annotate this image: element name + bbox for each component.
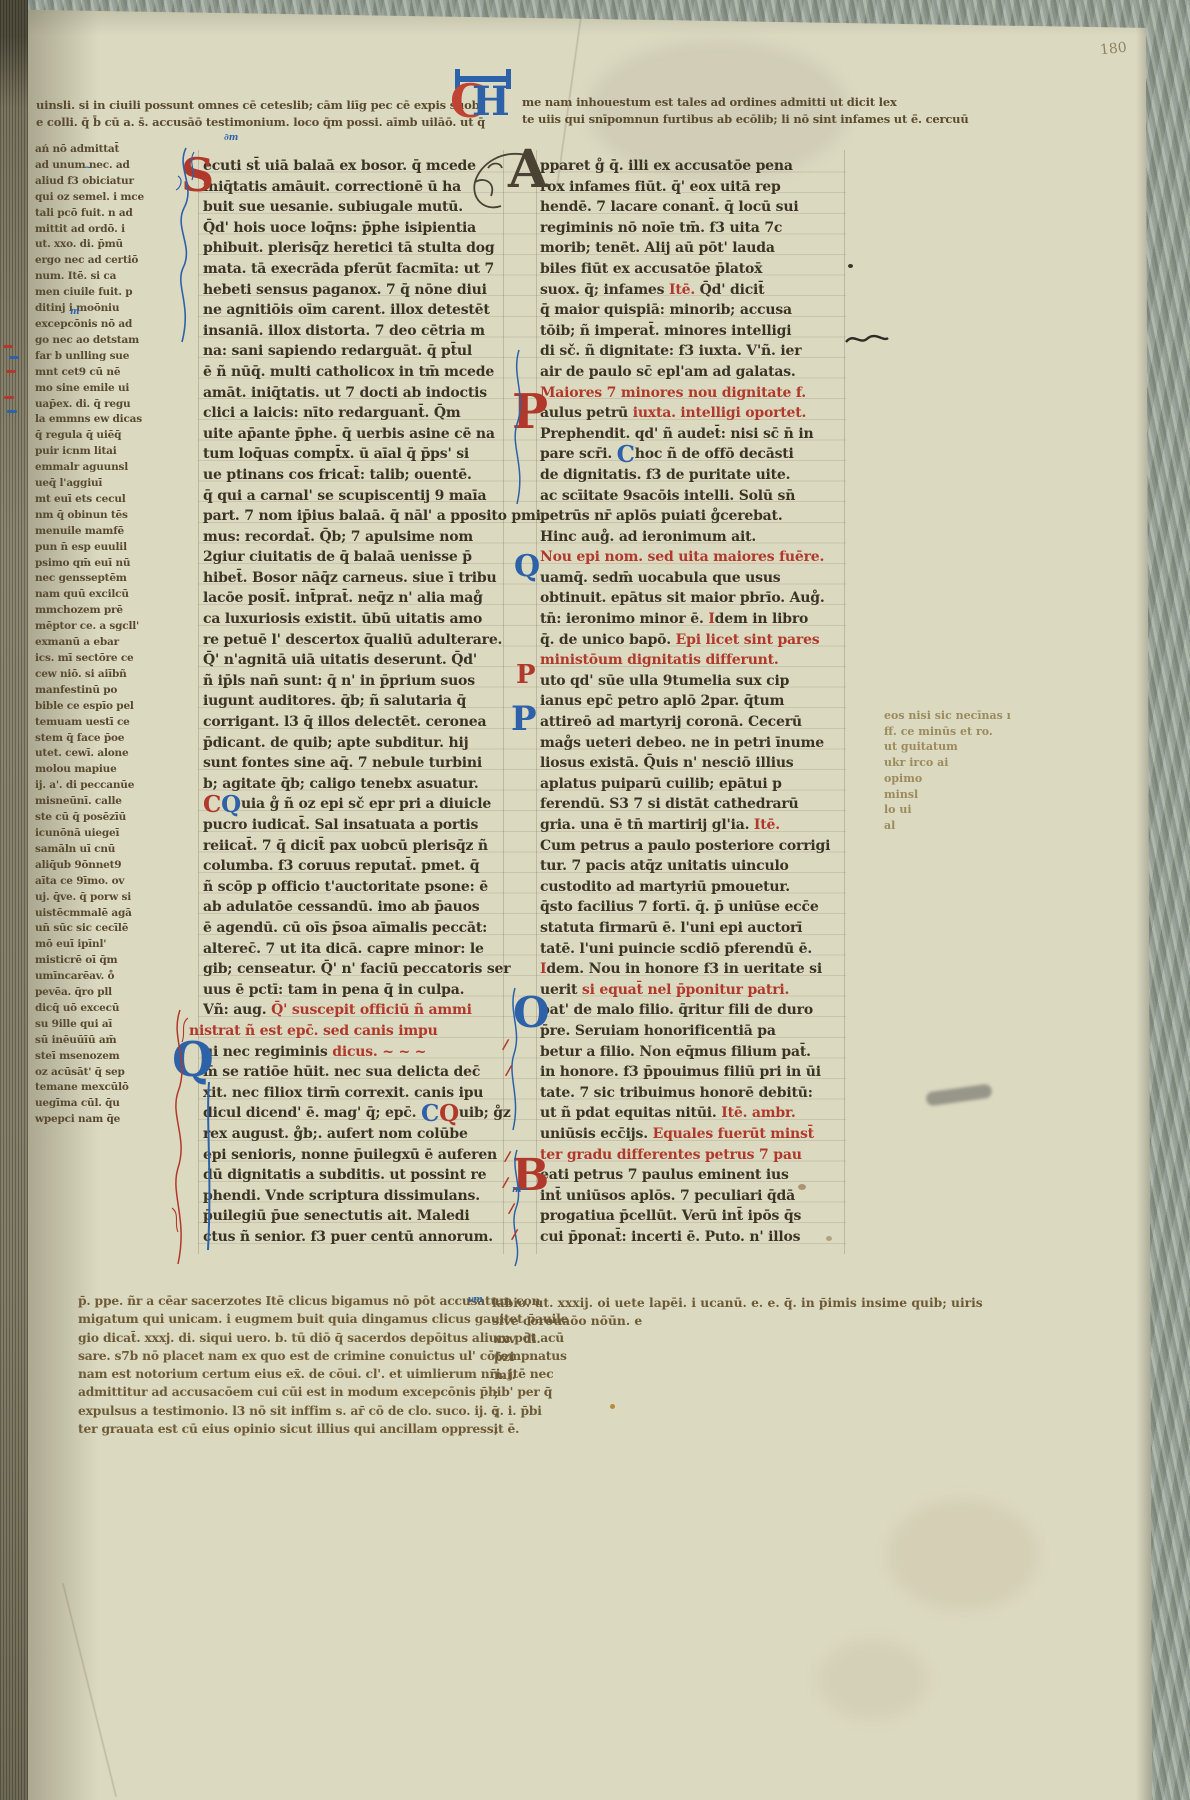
blue-pen-mark: vm	[468, 1296, 483, 1305]
top-addition-line2-left: e colli. q̄ b̄ cū a. s̄. accusāō testimo…	[36, 114, 485, 131]
text-line: tn̄: ieronimo minor ē. Idem in libro	[540, 609, 830, 630]
text-line: pucro iudicat̄. Sal insatuata a portis	[203, 815, 541, 836]
text-line: Q̄' n'agnitā uiā uitatis deserunt. Q̄d'	[203, 650, 541, 671]
text-line: lacōe posit̄. int̄prat̄. neq̄z n' alia m…	[203, 588, 541, 609]
text-line: icunōnā uiegeī	[35, 826, 144, 842]
text-line: b; agitate q̄b; caligo tenebx asuatur.	[203, 774, 541, 795]
left-margin-gloss: ań nō admittat̄ad unum nec. adaliud f3 o…	[35, 142, 144, 1128]
text-line: ctus ñ senior. f3 puer centū annorum.	[203, 1227, 541, 1248]
text-line: aliud f3 obiciatur	[35, 174, 144, 190]
text-line: CQuia g̊ ñ oz epi sč epr pri a diuicle	[203, 794, 541, 815]
text-line: al	[884, 818, 1011, 834]
text-line: minsl	[884, 787, 1011, 803]
rust-dot	[610, 1404, 615, 1409]
text-line: ics. mī sectōre ce	[35, 651, 144, 667]
text-line: suox. q̄; infames Itē. Q̄d' dicit̄	[540, 280, 830, 301]
text-line: pparet g̊ q̄. illi ex accusatōe pena	[540, 156, 830, 177]
text-line: aīta ce 9īmo. ov	[35, 874, 144, 890]
text-line: nec gensseptēm	[35, 571, 144, 587]
text-line: Cum petrus a paulo posteriore corrigi	[540, 836, 830, 857]
text-line: gria. una ē tn̄ martirij gl'ia. Itē.	[540, 815, 830, 836]
top-edge-shadow	[28, 0, 1152, 36]
text-line: mēptor ce. a sgcll'	[35, 619, 144, 635]
text-line: p̄zi	[494, 1348, 541, 1366]
text-line: go nec ao detstam	[35, 333, 144, 349]
text-line: qui oz semel. i mce	[35, 190, 144, 206]
text-line: q̄ maior quispiā: minorib; accusa	[540, 300, 830, 321]
text-line: ueq̄ l'aggiuī	[35, 476, 144, 492]
text-line: q̄ qui a carnal' se scupiscentij 9 maīa	[203, 486, 541, 507]
edge-mark-red	[4, 396, 14, 399]
text-line: aplatus puiparū cuilib; epātui p	[540, 774, 830, 795]
text-line: mag̊s ueteri debeo. ne in petri īnume	[540, 733, 830, 754]
text-line: insaniā. illox distorta. 7 deo cētria m	[203, 321, 541, 342]
text-line: hebeti sensus paganox. 7 q̄ nōne diui	[203, 280, 541, 301]
text-line: ab adulatōe cessandū. imo ab p̄auos	[203, 897, 541, 918]
text-line: ut. xxo. di. p̄mū	[35, 237, 144, 253]
text-line: ste cū q̄ posēzīū	[35, 810, 144, 826]
text-line: air de paulo sc̄ epl'am ad galatas.	[540, 362, 830, 383]
text-line: ij. a'. di peccanūe	[35, 778, 144, 794]
manuscript-page: 180 uinsli. si in ciuili possunt omnes c…	[28, 0, 1152, 1800]
text-line: ut ñ pdat equitas nitūi. Itē. ambr.	[540, 1103, 830, 1124]
text-line: uniūsis ecc̄ijs. Equales fuerūt minst̄	[540, 1124, 830, 1145]
text-line: dū dignitatis a subditis. ut possint re	[203, 1165, 541, 1186]
text-line: phendi. Vnde scriptura dissimulans.	[203, 1186, 541, 1207]
text-line: ukr irco ai	[884, 755, 1011, 771]
text-line: pat' de malo filio. q̄ritur fili de duro	[540, 1000, 830, 1021]
text-line: tali pcō fuit. n ad	[35, 206, 144, 222]
text-line: mt euī ets cecul	[35, 492, 144, 508]
ink-dot-stain	[848, 264, 853, 268]
filigree-red-left-bottom	[164, 1008, 198, 1268]
bottom-side-line1: labio. ut. xxxij. oi uete lapēi. i ucanū…	[492, 1294, 983, 1312]
text-line: regiminis nō noīe tm̄. f3 uita 7c	[540, 218, 830, 239]
text-line: q̄ regula q̄ uiēq̄	[35, 428, 144, 444]
text-line: aliq̄ub 9ōnnet9	[35, 858, 144, 874]
text-line: xit. nec filiox tirm̄ correxit. canis ip…	[203, 1083, 541, 1104]
text-line: men ciuile fuit. p	[35, 285, 144, 301]
text-line: custodito ad martyriū pmouetur.	[540, 877, 830, 898]
text-line: hendē. 7 lacare conant̄. q̄ locū sui	[540, 197, 830, 218]
text-line: mo sine emile ui	[35, 381, 144, 397]
text-line: utet. cewī. alone	[35, 746, 144, 762]
text-line: un̄ sūc sic cecīlē	[35, 921, 144, 937]
text-line: uamq̄. sedm̄ uocabula que usus	[540, 568, 830, 589]
text-line: wpepci nam q̄e	[35, 1112, 144, 1128]
ch-monogram: C H	[450, 62, 522, 142]
text-line: petrūs nr̄ aplōs puiati g̊cerebat.	[540, 506, 830, 527]
brown-spot	[798, 1184, 806, 1190]
text-line: dicq̄ uō excecū	[35, 1001, 144, 1017]
text-line: na: sani sapiendo redarguāt. q̄ pt̄ul	[203, 341, 541, 362]
text-line: nam quū excilcū	[35, 587, 144, 603]
text-line: mnt cet9 cū nē	[35, 365, 144, 381]
text-line: p̄uilegiū p̄ue senectutis ait. Maledi	[203, 1206, 541, 1227]
photo-stage: 180 uinsli. si in ciuili possunt omnes c…	[0, 0, 1190, 1800]
text-line: nistrat ñ est epc̄. sed canis impu	[189, 1021, 541, 1042]
filigree-blue-initial-o	[502, 986, 528, 1132]
text-line: gib; censeatur. Q̄' n' faciū peccatoris …	[203, 959, 541, 980]
main-text-right-column: pparet g̊ q̄. illi ex accusatōe penarox …	[540, 156, 830, 1247]
book-spine-edge	[0, 0, 28, 1800]
text-line: la emmns ew dicas	[35, 412, 144, 428]
page-edge-shadow	[1136, 0, 1152, 1800]
text-line: mi.	[494, 1366, 541, 1384]
text-line: 2giur ciuitatis de q̄ balaā uenisse p̄	[203, 547, 541, 568]
text-line: misneūnī. calle	[35, 794, 144, 810]
text-line: ergo nec ad certiō	[35, 253, 144, 269]
text-line: columba. f3 coruus reputat̄. pmet. q̄	[203, 856, 541, 877]
main-text-left-column: ecuti st̄ uiā balaā ex bosor. q̄ mcedein…	[203, 156, 541, 1247]
text-line: samāln uī cnū	[35, 842, 144, 858]
text-line: puir icnm litai	[35, 444, 144, 460]
right-margin-gloss: eos nisi sic necīnas ıff. ce minūs et ro…	[884, 708, 1011, 834]
text-line: uegīma cūl. q̄u	[35, 1096, 144, 1112]
text-line: sunt fontes sine aq̄. 7 nebule turbini	[203, 753, 541, 774]
blue-pen-mark: ∂m	[224, 134, 238, 143]
text-line: progatiua p̄cellūt. Verū int̄ ipōs q̄s	[540, 1206, 830, 1227]
text-line: q̄sto facilius 7 fortī. q̄. p̄ uniūse ec…	[540, 897, 830, 918]
folio-number: 180	[1099, 41, 1127, 58]
top-addition-line1-right: me nam inhouestum est tales ad ordines a…	[522, 94, 897, 111]
text-line: far b unlling sue	[35, 349, 144, 365]
decorated-initial-p: P	[516, 662, 536, 688]
gray-smudge	[925, 1083, 992, 1106]
blue-pen-mark: m~	[512, 1186, 529, 1195]
edge-mark-blue	[9, 356, 19, 359]
text-line: cew niō. si aiībñ	[35, 667, 144, 683]
filigree-blue-initial-b	[504, 1148, 530, 1268]
text-line: ut guitatum	[884, 739, 1011, 755]
text-line: q̄. de unico bapō. Epi licet sint pares	[540, 630, 830, 651]
text-line: ñ scōp p officio t'auctoritate psone: ē	[203, 877, 541, 898]
text-line: pun n̄ esp euulil	[35, 540, 144, 556]
text-line: ca luxuriosis existit. ūbū uitatis amo	[203, 609, 541, 630]
filigree-blue-left-top	[168, 146, 202, 346]
text-line: molou mapiue	[35, 762, 144, 778]
text-line: nm q̄ obinun tēs	[35, 508, 144, 524]
text-line: ditinj i moōniu	[35, 301, 144, 317]
text-line: betur a filio. Non eq̄mus filium pat̄.	[540, 1042, 830, 1063]
text-line: ac scīitate 9sacōis intelli. Solū sn̄	[540, 486, 830, 507]
text-line: excepcōnis nō ad	[35, 317, 144, 333]
text-line: ñ ip̄ls nan̄ sunt: q̄ n' in p̄prium suos	[203, 671, 541, 692]
text-line: eati petrus 7 paulus eminent ius	[540, 1165, 830, 1186]
text-line: alterec̄. 7 ut ita dicā. capre minor: le	[203, 939, 541, 960]
text-line: ministōum dignitatis differunt.	[540, 650, 830, 671]
blue-pen-mark: m	[70, 308, 80, 317]
text-line: clici a laicis: nīto redarguant̄. Q̄m	[203, 403, 541, 424]
text-line: tur. 7 pacis atq̄z unitatis uinculo	[540, 856, 830, 877]
text-line: liosus existā. Q̄uis n' nesciō illius	[540, 753, 830, 774]
text-line: manfestinū po	[35, 683, 144, 699]
text-line: p̄re. Seruiam honorificentiā pa	[540, 1021, 830, 1042]
text-line: morib; tenēt. Alij aū pōt' lauda	[540, 238, 830, 259]
text-line: temane mexcūlō	[35, 1080, 144, 1096]
text-line: biles fiūt ex accusatōe p̄latox̄	[540, 259, 830, 280]
text-line: ue ptinans cos fricat̄: talib; ouentē.	[203, 465, 541, 486]
text-line: ań nō admittat̄	[35, 142, 144, 158]
text-line: ;	[494, 1420, 541, 1438]
text-line: Hinc aug̊. ad ieronimum ait.	[540, 527, 830, 548]
text-line: misticrē oī q̄m	[35, 953, 144, 969]
text-line: reiicat̄. 7 q̄ dicit̄ pax uobcū plerisq̄…	[203, 836, 541, 857]
blue-pen-mark: ~	[84, 164, 92, 173]
filigree-blue-initial-p	[506, 348, 532, 508]
text-line: ne agnitiōis oīm carent. illox detestēt	[203, 300, 541, 321]
top-addition-line2-right: te uiis qui snīpomnun furtibus ab ecōlib…	[522, 111, 968, 128]
text-line: mmchozem prē	[35, 603, 144, 619]
edge-mark-blue	[7, 410, 17, 413]
brown-spot	[826, 1236, 832, 1241]
text-line: uistēcmmalē agā	[35, 906, 144, 922]
text-line: ui nec regiminis dicus. ~ ~ ~	[203, 1042, 541, 1063]
text-line: Vñ: aug. Q̄' suscepit officiū ñ ammi	[203, 1000, 541, 1021]
text-line: bible ce espīo pel	[35, 699, 144, 715]
bottom-side-line2: sive corouaōo nōūn. e	[492, 1312, 642, 1330]
text-line: part. 7 nom ip̄ius balaā. q̄ nāl' a ppos…	[203, 506, 541, 527]
text-line: de dignitatis. f3 de puritate uite.	[540, 465, 830, 486]
text-line: iugunt auditores. q̄b; ñ salutaria q̄	[203, 691, 541, 712]
text-line: psimo qm̄ euī nū	[35, 556, 144, 572]
text-line: ferendū. S3 7 si distāt cathedrarū	[540, 794, 830, 815]
text-line: emmalr aguunsl	[35, 460, 144, 476]
bottom-side-citation-list: xxv. di.p̄zimi.;;;	[494, 1330, 541, 1438]
text-line: ē agendū. cū oīs p̄soa aīmalis peccāt:	[203, 918, 541, 939]
text-line: xxv. di.	[494, 1330, 541, 1348]
text-line: uerit si equat̄ nel p̄ponitur patri.	[540, 980, 830, 1001]
text-line: tōib; ñ imperat̄. minores intelligi	[540, 321, 830, 342]
text-line: eos nisi sic necīnas ı	[884, 708, 1011, 724]
text-line: rex august. g̊b;. aufert nom colūbe	[203, 1124, 541, 1145]
text-line: umīncarēav. o̊	[35, 969, 144, 985]
text-line: mittit ad ordō. i	[35, 222, 144, 238]
text-line: exmanū a ebar	[35, 635, 144, 651]
text-line: mata. tā execrāda pferūt facmīta: ut 7	[203, 259, 541, 280]
text-line: p̄dicant. de quib; apte subditur. hij	[203, 733, 541, 754]
ink-squiggle-stain	[844, 330, 890, 350]
text-line: int̄ uniūsos aplōs. 7 peculiari q̄dā	[540, 1186, 830, 1207]
text-line: Nou epi nom. sed uita maiores fuēre.	[540, 547, 830, 568]
text-line: ē ñ nūq̄. multi catholicox in tm̄ mcede	[203, 362, 541, 383]
text-line: uap̄ex. di. q̄ regu	[35, 397, 144, 413]
text-line: pevēa. q̄ro pll	[35, 985, 144, 1001]
text-line: tate. 7 sic tribuimus honorē debitū:	[540, 1083, 830, 1104]
text-line: cui p̄ponat̄: incerti ē. Puto. n' illos	[540, 1227, 830, 1248]
ink-swash-initial-a	[468, 146, 534, 222]
text-line: statuta firmarū ē. l'uni epi auctorī	[540, 918, 830, 939]
text-line: uite ap̄ante p̄phe. q̄ uerbis asine cē n…	[203, 424, 541, 445]
edge-mark-red	[3, 345, 13, 348]
text-line: tum loq̄uas compt̄x. ū aīal q̄ p̄ps' si	[203, 444, 541, 465]
text-line: dicul dicend' ē. mag' q̄; epc̄. CQuib; g…	[203, 1103, 541, 1124]
text-line: num. Itē. si ca	[35, 269, 144, 285]
decorated-initial-q: Q	[514, 552, 540, 582]
text-line: Prephendit. qd' ñ audet̄: nisi sc̄ n̄ in	[540, 424, 830, 445]
ruling-vertical	[844, 150, 845, 1254]
text-line: opimo	[884, 771, 1011, 787]
text-line: Maiores 7 minores nou dignitate f.	[540, 383, 830, 404]
text-line: phibuit. plerisq̄z heretici tā stulta do…	[203, 238, 541, 259]
monogram-letter-h: H	[472, 82, 510, 122]
text-line: steī msenozem	[35, 1049, 144, 1065]
text-line: tatē. l'uni puincie scdiō pferendū ē.	[540, 939, 830, 960]
text-line: in honore. f3 p̄pouimus filiū pri in ūi	[540, 1062, 830, 1083]
parchment-stain	[818, 1640, 928, 1720]
text-line: temuam uestī ce	[35, 715, 144, 731]
text-line: ;	[494, 1384, 541, 1402]
text-line: lo ui	[884, 802, 1011, 818]
parchment-stain	[888, 1500, 1038, 1610]
text-line: attireō ad martyrij coronā. Cecerū	[540, 712, 830, 733]
text-line: epi senioris, nonne p̄uilegxū ē auferen	[203, 1145, 541, 1166]
text-line: ff. ce minūs et ro.	[884, 724, 1011, 740]
text-line: di sč. ñ dignitate: f3 iuxta. V'ñ. ier	[540, 341, 830, 362]
text-line: sū inēuūīū am̄	[35, 1033, 144, 1049]
text-line: re petuē l' descertox q̄ualiū adulterare…	[203, 630, 541, 651]
text-line: m̄ se ratiōe hūit. nec sua delicta dec̄	[203, 1062, 541, 1083]
text-line: oz acūsāt' q̄ sep	[35, 1065, 144, 1081]
text-line: corrigant. l3 q̄ illos delectēt. ceronea	[203, 712, 541, 733]
text-line: ter gradu differentes petrus 7 pau	[540, 1145, 830, 1166]
text-line: obtinuit. epātus sit maior pbrīo. Aug̊.	[540, 588, 830, 609]
text-line: amāt. iniq̄tatis. ut 7 docti ab indoctis	[203, 383, 541, 404]
text-line: ianus epc̄ petro aplō 2par. q̄tum	[540, 691, 830, 712]
decorated-initial-p: P	[511, 702, 537, 736]
text-line: pare scr̄i. Choc ñ de offō decāsti	[540, 444, 830, 465]
text-line: aulus petrū iuxta. intelligi oportet.	[540, 403, 830, 424]
text-line: uto qd' sūe ulla 9tumelia sux cip	[540, 671, 830, 692]
top-addition-line1-left: uinsli. si in ciuili possunt omnes cē ce…	[36, 97, 484, 114]
text-line: hibet̄. Bosor nāq̄z carneus. siue ī trib…	[203, 568, 541, 589]
text-line: stem q̄ face p̄oe	[35, 731, 144, 747]
text-line: uus ē pctī: tam in pena q̄ in culpa.	[203, 980, 541, 1001]
text-line: Idem. Nou in honore f3 in ueritate si	[540, 959, 830, 980]
text-line: rox infames fiūt. q̄' eox uitā rep	[540, 177, 830, 198]
blue-tail-initial-q	[204, 1082, 214, 1252]
text-line: mō euī ipīnl'	[35, 937, 144, 953]
text-line: ;	[494, 1402, 541, 1420]
text-line: su 9ille qui aī	[35, 1017, 144, 1033]
text-line: mus: recordat̄. Q̄b; 7 apulsime nom	[203, 527, 541, 548]
text-line: menuile mamfē	[35, 524, 144, 540]
edge-mark-red	[6, 370, 16, 373]
text-line: uj. q̄ve. q̄ porw si	[35, 890, 144, 906]
